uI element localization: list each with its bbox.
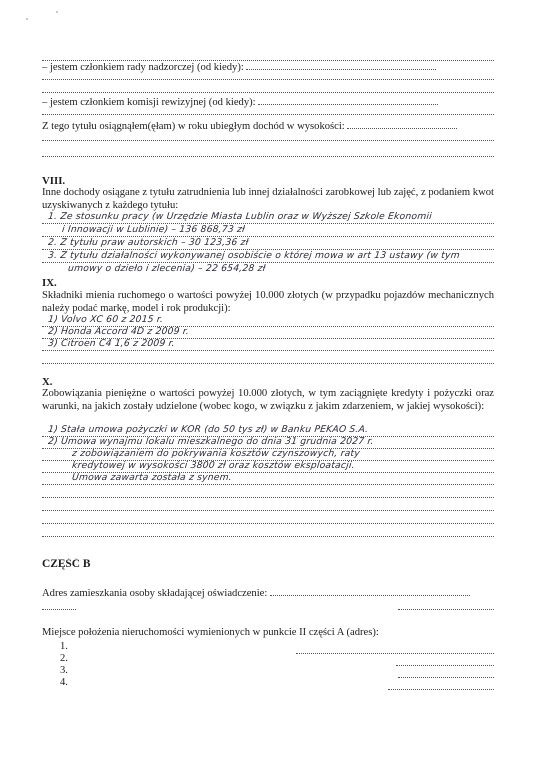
handwritten-entry: Umowa zawarta została z synem. — [71, 472, 518, 484]
dotted-line — [398, 608, 494, 610]
dotted-line — [42, 535, 494, 537]
komisja-rewizyjna-label: – jestem członkiem komisji rewizyjnej (o… — [42, 97, 256, 108]
handwritten-entry: 1) Stała umowa pożyczki w KOR (do 50 tys… — [47, 424, 494, 436]
handwritten-entry: kredytowej w wysokości 3800 zł oraz kosz… — [71, 460, 518, 472]
property-item-number: 2. — [60, 653, 68, 664]
rada-nadzorcza-label: – jestem członkiem rady nadzorczej (od k… — [42, 62, 244, 73]
section-x-text: Zobowiązania pieniężne o wartości powyże… — [42, 388, 494, 413]
komisja-rewizyjna-field[interactable] — [258, 103, 438, 105]
dotted-line — [42, 362, 494, 364]
dotted-line — [42, 155, 494, 157]
property-item-number: 3. — [60, 665, 68, 676]
komisja-rewizyjna-row: – jestem członkiem komisji rewizyjnej (o… — [42, 96, 494, 109]
property-item-number: 1. — [60, 641, 68, 652]
handwritten-entry: 2) Umowa wynajmu lokalu mieszkalnego do … — [47, 436, 494, 448]
address-field[interactable] — [270, 594, 470, 596]
handwritten-entry: z zobowiązaniem do pokrywania kosztów cz… — [71, 448, 518, 460]
section-viii-text: Inne dochody osiągane z tytułu zatrudnie… — [42, 187, 494, 212]
property-field[interactable] — [398, 676, 494, 678]
handwritten-entry: umowy o dzieło i zlecenia) – 22 654,28 z… — [67, 263, 514, 275]
dochod-row: Z tego tytułu osiągnąłem(ęłam) w roku ub… — [42, 120, 494, 133]
dotted-line — [42, 522, 494, 524]
section-ix-text: Składniki mienia ruchomego o wartości po… — [42, 290, 494, 315]
rada-nadzorcza-row: – jestem członkiem rady nadzorczej (od k… — [42, 61, 494, 74]
handwritten-entry: i Innowacji w Lublinie) – 136 868,73 zł — [61, 224, 508, 236]
dotted-line — [42, 608, 76, 610]
address-label: Adres zamieszkania osoby składającej ośw… — [42, 588, 267, 599]
property-field[interactable] — [296, 652, 494, 654]
handwritten-entry: 3) Citroen C4 1,6 z 2009 r. — [47, 338, 494, 350]
scan-speck — [56, 11, 58, 13]
dochod-label: Z tego tytułu osiągnąłem(ęłam) w roku ub… — [42, 121, 345, 132]
rada-nadzorcza-field[interactable] — [246, 68, 436, 70]
property-item-number: 4. — [60, 677, 68, 688]
dotted-line — [42, 509, 494, 511]
dotted-line — [42, 91, 494, 93]
property-field[interactable] — [396, 664, 494, 666]
dochod-field[interactable] — [347, 127, 457, 129]
declaration-page: – jestem członkiem rady nadzorczej (od k… — [0, 0, 540, 764]
property-field[interactable] — [388, 688, 494, 690]
property-label: Miejsce położenia nieruchomości wymienio… — [42, 626, 494, 639]
dotted-line — [42, 78, 494, 80]
handwritten-entry: 1) Volvo XC 60 z 2015 r. — [47, 314, 494, 326]
scan-speck — [26, 18, 28, 20]
dotted-line — [42, 113, 494, 115]
handwritten-entry: 3. Z tytułu działalności wykonywanej oso… — [47, 250, 494, 262]
handwritten-entry: 1. Ze stosunku pracy (w Urzędzie Miasta … — [47, 211, 494, 223]
handwritten-entry: 2) Honda Accord 4D z 2009 r. — [47, 326, 494, 338]
part-b-heading: CZĘŚĆ B — [42, 558, 494, 571]
dotted-line — [42, 496, 494, 498]
handwritten-entry: 2. Z tytułu praw autorskich – 30 123,36 … — [47, 237, 494, 249]
section-ix-heading: IX. — [42, 277, 494, 290]
address-row: Adres zamieszkania osoby składającej ośw… — [42, 587, 494, 600]
dotted-line — [42, 139, 494, 141]
